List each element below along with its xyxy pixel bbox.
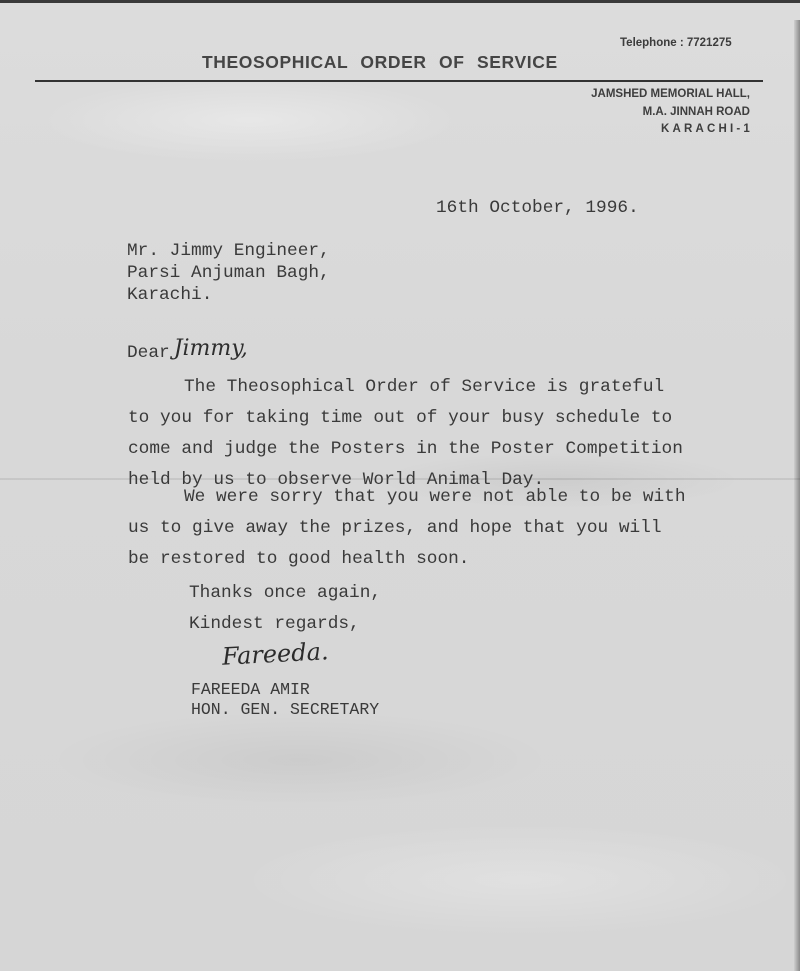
handwritten-name: Jimmy, [174,336,248,361]
salutation-text: Dear [127,343,170,363]
handwritten-signature: Fareeda. [221,637,329,671]
signer-block: FAREEDA AMIR HON. GEN. SECRETARY [191,680,379,720]
body-line: The Theosophical Order of Service is gra… [128,372,683,403]
letterhead-address: JAMSHED MEMORIAL HALL, M.A. JINNAH ROAD … [591,86,750,139]
scan-edge-right [794,20,800,971]
recipient-address: Mr. Jimmy Engineer, Parsi Anjuman Bagh, … [127,240,330,306]
scan-edge-top [0,0,800,3]
organization-name: THEOSOPHICAL ORDER OF SERVICE [202,52,558,73]
closing-line: Thanks once again, [189,578,381,609]
signer-name: FAREEDA AMIR [191,680,379,700]
letter-date: 16th October, 1996. [436,197,639,219]
telephone-number: Telephone : 7721275 [620,37,732,49]
address-line: JAMSHED MEMORIAL HALL, [591,86,750,104]
body-line: come and judge the Posters in the Poster… [128,434,683,465]
salutation: DearJimmy, [127,340,248,364]
address-line: M.A. JINNAH ROAD [591,104,750,122]
signer-title: HON. GEN. SECRETARY [191,700,379,720]
recipient-line: Parsi Anjuman Bagh, [127,262,330,284]
body-line: us to give away the prizes, and hope tha… [128,513,686,544]
closing-line: Kindest regards, [189,609,381,640]
address-line: KARACHI-1 [591,121,753,139]
paragraph-2: We were sorry that you were not able to … [128,482,686,575]
letter-paper: Telephone : 7721275 THEOSOPHICAL ORDER O… [0,0,800,971]
closing: Thanks once again, Kindest regards, [189,578,381,640]
paragraph-1: The Theosophical Order of Service is gra… [128,372,683,496]
recipient-line: Karachi. [127,284,330,306]
recipient-line: Mr. Jimmy Engineer, [127,240,330,262]
body-line: be restored to good health soon. [128,544,686,575]
body-line: to you for taking time out of your busy … [128,403,683,434]
letterhead-rule [35,80,763,82]
body-line: We were sorry that you were not able to … [128,482,686,513]
